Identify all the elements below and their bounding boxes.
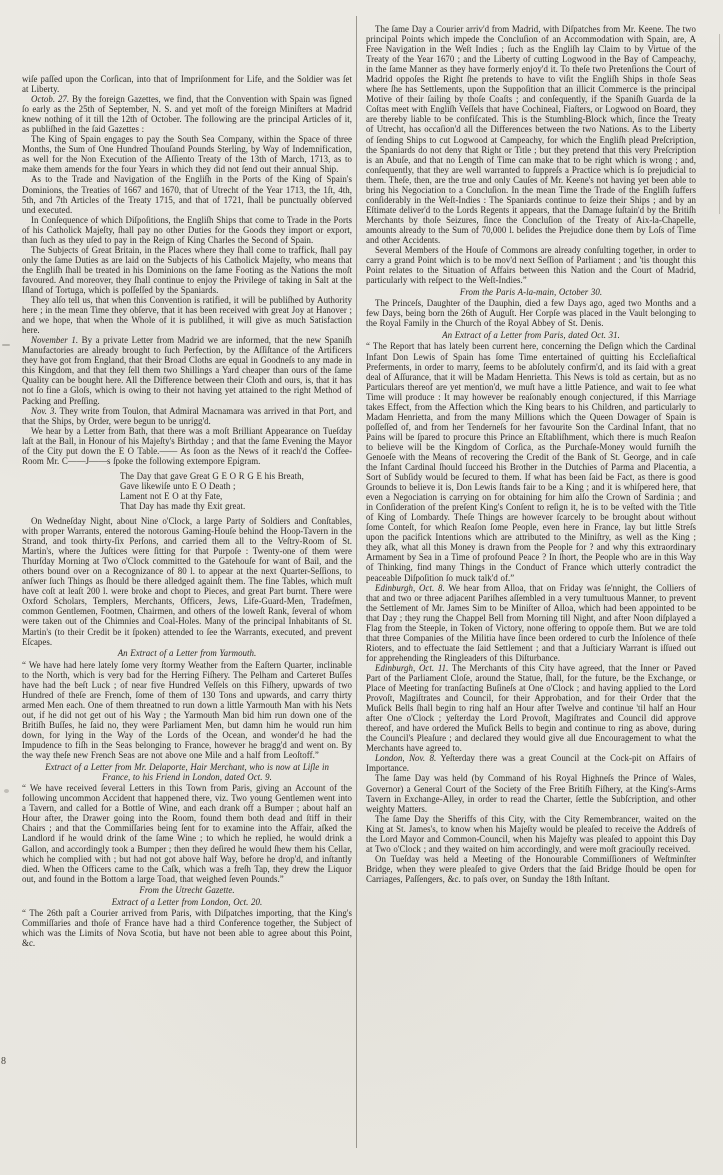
news-paragraph: The Subjects of Great Britain, in the Pl…	[22, 245, 352, 295]
news-paragraph: London, Nov. 8. Yeſterday there was a gr…	[366, 753, 696, 773]
left-column: wiſe paſſed upon the Corſican, into that…	[22, 74, 352, 948]
news-paragraph: The ſame Day the Sheriffs of this City, …	[366, 814, 696, 854]
news-paragraph: As to the Trade and Navigation of the En…	[22, 174, 352, 214]
dateline: Edinburgh, Oct. 8.	[375, 583, 445, 593]
poem-line: The Day that gave Great G E O R G E his …	[120, 471, 352, 481]
news-paragraph: Nov. 3. They write from Toulon, that Adm…	[22, 406, 352, 426]
news-paragraph: Edinburgh, Oct. 8. We hear from Alloa, t…	[366, 583, 696, 663]
section-heading: An Extract of a Letter from Yarmouth.	[36, 648, 338, 658]
news-paragraph: wiſe paſſed upon the Corſican, into that…	[22, 74, 352, 94]
newspaper-page: 8 wiſe paſſed upon the Corſican, into th…	[0, 0, 723, 1175]
dateline: Edinburgh, Oct. 11.	[375, 663, 448, 673]
news-paragraph: Edinburgh, Oct. 11. The Merchants of thi…	[366, 663, 696, 753]
poem-line: Gave likewiſe unto E O Death ;	[120, 481, 352, 491]
news-paragraph: Several Members of the Houſe of Commons …	[366, 245, 696, 285]
column-divider-rule	[356, 16, 357, 1148]
dateline: Octob. 27.	[31, 94, 69, 104]
page-edge-rule	[719, 34, 720, 214]
right-column: The ſame Day a Courier arriv'd from Madr…	[366, 24, 696, 884]
news-paragraph: We hear by a Letter from Bath, that ther…	[22, 426, 352, 466]
section-heading: Extract of a Letter from London, Oct. 20…	[36, 897, 338, 907]
news-paragraph: “ We have received ſeveral Letters in th…	[22, 783, 352, 883]
news-paragraph: The ſame Day a Courier arriv'd from Madr…	[366, 24, 696, 245]
dateline: London, Nov. 8.	[375, 753, 436, 763]
news-paragraph: In Conſequence of which Diſpoſitions, th…	[22, 215, 352, 245]
news-paragraph: On Wedneſday Night, about Nine o'Clock, …	[22, 516, 352, 647]
margin-ink-smudge	[4, 789, 9, 793]
news-paragraph: “ The 26th paſt a Courier arrived from P…	[22, 908, 352, 948]
poem-line: Lament not E O at thy Fate,	[120, 491, 352, 501]
section-heading: From the Paris A-la-main, October 30.	[380, 287, 682, 297]
news-paragraph: On Tueſday was held a Meeting of the Hon…	[366, 854, 696, 884]
news-paragraph: The ſame Day was held (by Command of his…	[366, 773, 696, 813]
news-paragraph: They alſo tell us, that when this Conven…	[22, 295, 352, 335]
dateline: Nov. 3.	[31, 406, 57, 416]
news-paragraph: The King of Spain engages to pay the Sou…	[22, 134, 352, 174]
press-figure: 8	[1, 1056, 6, 1067]
news-paragraph: “ We have had here lately ſome very ſtor…	[22, 660, 352, 760]
dateline: November 1.	[31, 335, 78, 345]
news-paragraph: November 1. By a private Letter from Mad…	[22, 335, 352, 405]
margin-ink-smudge	[2, 344, 10, 346]
news-paragraph: Octob. 27. By the foreign Gazettes, we f…	[22, 94, 352, 134]
section-heading: From the Utrecht Gazette.	[36, 885, 338, 895]
news-paragraph: The Princeſs, Daughter of the Dauphin, d…	[366, 298, 696, 328]
poem-line: That Day has made thy Exit great.	[120, 501, 352, 511]
epigram-poem: The Day that gave Great G E O R G E his …	[120, 471, 352, 511]
section-heading: Extract of a Letter from Mr. Delaporte, …	[36, 762, 338, 782]
news-paragraph: “ The Report that has lately been curren…	[366, 341, 696, 582]
section-heading: An Extract of a Letter from Paris, dated…	[380, 330, 682, 340]
